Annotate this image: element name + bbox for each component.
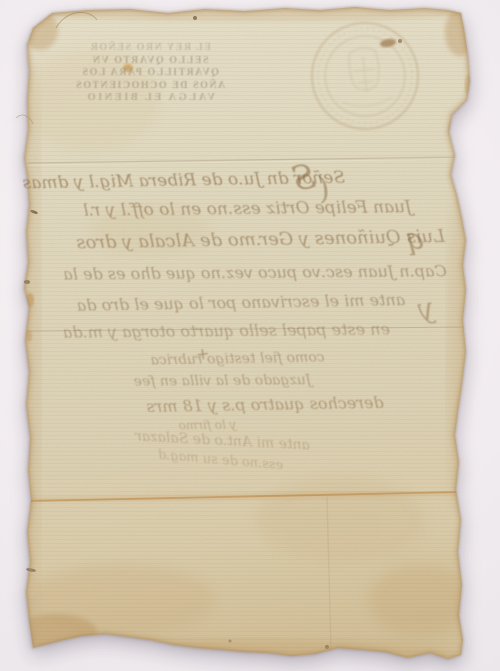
handwriting-line: Cap.n Juan esc.vo puco vez.no que dho es… <box>62 261 448 283</box>
printed-stamp-text-block: EL REY NRO SEÑOR SELLO QVARTO VN QVARTIL… <box>62 42 238 105</box>
handwriting-line: Juzgado de la villa en fee <box>120 372 325 390</box>
stamp-text-line: EL REY NRO SEÑOR <box>62 42 238 55</box>
handwriting-line: en este papel sello quarto otorga y m.da <box>95 319 390 341</box>
ink-flourish: q <box>405 221 427 257</box>
ink-flourish: y <box>416 291 435 325</box>
ink-flourish: + <box>195 343 211 364</box>
handwriting-line: Juan Felipe Ortiz ess.no en lo off.l y r… <box>70 197 425 221</box>
stamp-text-line: AÑOS DE OCHOCIENTOS <box>62 80 238 93</box>
stamp-text-line: QVARTILLO PARA LOS <box>62 67 238 80</box>
stamp-text-line: VALGA EL BIENIO <box>62 92 238 105</box>
handwriting-line: como fiel testigo rubrica <box>140 349 335 368</box>
photo-stage: EL REY NRO SEÑOR SELLO QVARTO VN QVARTIL… <box>0 0 500 671</box>
stamp-text-line: SELLO QVARTO VN <box>62 55 238 68</box>
